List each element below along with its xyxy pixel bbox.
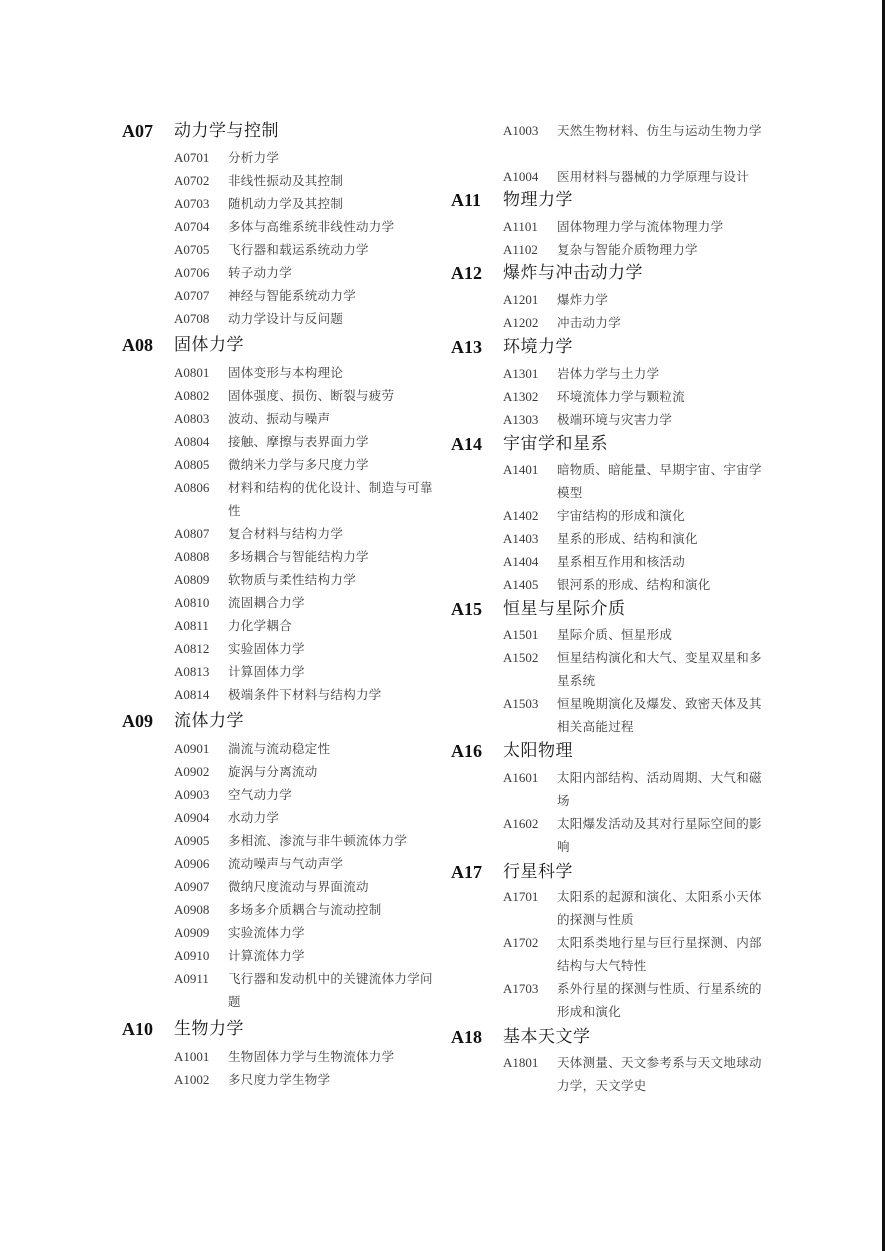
item-text: 天然生物材料、仿生与运动生物力学 (557, 119, 769, 142)
item-text: 暗物质、暗能量、早期宇宙、宇宙学模型 (557, 458, 769, 504)
item-text: 固体强度、损伤、断裂与疲劳 (228, 384, 440, 407)
item-code: A1303 (503, 408, 538, 431)
item-text: 材料和结构的优化设计、制造与可靠性 (228, 476, 440, 522)
item-text: 太阳系的起源和演化、太阳系小天体的探测与性质 (557, 885, 769, 931)
section-code: A09 (122, 709, 153, 733)
item-text: 多尺度力学生物学 (228, 1068, 440, 1091)
item-code: A1405 (503, 573, 538, 596)
item-text: 分析力学 (228, 146, 440, 169)
section-code: A14 (451, 432, 482, 456)
item-code: A0814 (174, 683, 209, 706)
item-text: 计算固体力学 (228, 660, 440, 683)
item-code: A0702 (174, 169, 209, 192)
item-text: 环境流体力学与颗粒流 (557, 385, 769, 408)
item-text: 波动、振动与噪声 (228, 407, 440, 430)
item-text: 接触、摩擦与表界面力学 (228, 430, 440, 453)
item-text: 动力学设计与反问题 (228, 307, 440, 330)
item-text: 湍流与流动稳定性 (228, 737, 440, 760)
item-text: 实验流体力学 (228, 921, 440, 944)
item-text: 复合材料与结构力学 (228, 522, 440, 545)
item-text: 多场多介质耦合与流动控制 (228, 898, 440, 921)
item-code: A0902 (174, 760, 209, 783)
item-code: A0909 (174, 921, 209, 944)
item-code: A1702 (503, 931, 538, 954)
section-title: 物理力学 (503, 188, 573, 212)
item-text: 空气动力学 (228, 783, 440, 806)
item-code: A0803 (174, 407, 209, 430)
item-code: A0801 (174, 361, 209, 384)
item-code: A0901 (174, 737, 209, 760)
item-text: 复杂与智能介质物理力学 (557, 238, 769, 261)
item-text: 多相流、渗流与非牛顿流体力学 (228, 829, 440, 852)
item-text: 生物固体力学与生物流体力学 (228, 1045, 440, 1068)
item-code: A1202 (503, 311, 538, 334)
section-title: 流体力学 (174, 709, 244, 733)
item-code: A0811 (174, 614, 209, 637)
section-title: 爆炸与冲击动力学 (503, 261, 643, 285)
item-code: A1301 (503, 362, 538, 385)
item-text: 旋涡与分离流动 (228, 760, 440, 783)
section-code: A12 (451, 261, 482, 285)
item-text: 非线性振动及其控制 (228, 169, 440, 192)
item-text: 微纳尺度流动与界面流动 (228, 875, 440, 898)
item-text: 神经与智能系统动力学 (228, 284, 440, 307)
item-code: A1401 (503, 458, 538, 481)
item-code: A0910 (174, 944, 209, 967)
section-title: 太阳物理 (503, 739, 573, 763)
item-code: A1502 (503, 646, 538, 669)
item-code: A1002 (174, 1068, 209, 1091)
item-code: A0907 (174, 875, 209, 898)
item-code: A0807 (174, 522, 209, 545)
section-title: 恒星与星际介质 (503, 597, 626, 621)
section-code: A13 (451, 335, 482, 359)
item-text: 医用材料与器械的力学原理与设计 (557, 165, 797, 188)
item-code: A1503 (503, 692, 538, 715)
item-text: 星系相互作用和核活动 (557, 550, 769, 573)
item-code: A0813 (174, 660, 209, 683)
item-code: A0906 (174, 852, 209, 875)
item-code: A0706 (174, 261, 209, 284)
item-code: A0806 (174, 476, 209, 499)
item-text: 银河系的形成、结构和演化 (557, 573, 769, 596)
item-code: A0808 (174, 545, 209, 568)
item-text: 力化学耦合 (228, 614, 440, 637)
item-code: A1501 (503, 623, 538, 646)
item-text: 极端条件下材料与结构力学 (228, 683, 440, 706)
item-text: 计算流体力学 (228, 944, 440, 967)
item-code: A1003 (503, 119, 538, 142)
item-text: 飞行器和发动机中的关键流体力学问题 (228, 967, 440, 1013)
item-code: A1004 (503, 165, 538, 188)
item-code: A0707 (174, 284, 209, 307)
section-title: 动力学与控制 (174, 119, 279, 143)
item-text: 转子动力学 (228, 261, 440, 284)
item-code: A1101 (503, 215, 538, 238)
item-text: 水动力学 (228, 806, 440, 829)
item-text: 天体测量、天文参考系与天文地球动力学，天文学史 (557, 1051, 769, 1097)
item-text: 实验固体力学 (228, 637, 440, 660)
section-code: A15 (451, 597, 482, 621)
section-title: 基本天文学 (503, 1025, 591, 1049)
item-code: A0805 (174, 453, 209, 476)
item-text: 太阳系类地行星与巨行星探测、内部结构与大气特性 (557, 931, 769, 977)
item-text: 冲击动力学 (557, 311, 769, 334)
item-code: A0904 (174, 806, 209, 829)
section-code: A18 (451, 1025, 482, 1049)
item-code: A0911 (174, 967, 209, 990)
item-text: 系外行星的探测与性质、行星系统的形成和演化 (557, 977, 769, 1023)
item-text: 太阳爆发活动及其对行星际空间的影响 (557, 812, 769, 858)
item-code: A0809 (174, 568, 209, 591)
item-text: 软物质与柔性结构力学 (228, 568, 440, 591)
item-code: A1601 (503, 766, 538, 789)
item-code: A1402 (503, 504, 538, 527)
section-code: A11 (451, 188, 481, 212)
item-text: 流固耦合力学 (228, 591, 440, 614)
item-code: A0812 (174, 637, 209, 660)
item-text: 恒星晚期演化及爆发、致密天体及其相关高能过程 (557, 692, 769, 738)
item-text: 恒星结构演化和大气、变星双星和多星系统 (557, 646, 769, 692)
item-text: 太阳内部结构、活动周期、大气和磁场 (557, 766, 769, 812)
item-code: A1201 (503, 288, 538, 311)
section-title: 环境力学 (503, 335, 573, 359)
item-text: 岩体力学与土力学 (557, 362, 769, 385)
item-code: A0905 (174, 829, 209, 852)
item-text: 固体变形与本构理论 (228, 361, 440, 384)
section-title: 宇宙学和星系 (503, 432, 608, 456)
section-code: A10 (122, 1017, 153, 1041)
item-code: A1404 (503, 550, 538, 573)
section-code: A17 (451, 860, 482, 884)
item-code: A0810 (174, 591, 209, 614)
item-code: A0804 (174, 430, 209, 453)
item-code: A0705 (174, 238, 209, 261)
section-title: 固体力学 (174, 333, 244, 357)
item-text: 极端环境与灾害力学 (557, 408, 769, 431)
item-code: A1703 (503, 977, 538, 1000)
item-text: 飞行器和载运系统动力学 (228, 238, 440, 261)
item-text: 多场耦合与智能结构力学 (228, 545, 440, 568)
item-text: 多体与高维系统非线性动力学 (228, 215, 440, 238)
section-title: 生物力学 (174, 1017, 244, 1041)
item-text: 宇宙结构的形成和演化 (557, 504, 769, 527)
item-code: A0908 (174, 898, 209, 921)
item-code: A0802 (174, 384, 209, 407)
section-title: 行星科学 (503, 860, 573, 884)
item-text: 爆炸力学 (557, 288, 769, 311)
item-code: A1801 (503, 1051, 538, 1074)
item-code: A1403 (503, 527, 538, 550)
item-text: 流动噪声与气动声学 (228, 852, 440, 875)
item-code: A0703 (174, 192, 209, 215)
item-code: A0701 (174, 146, 209, 169)
item-code: A1102 (503, 238, 538, 261)
item-text: 随机动力学及其控制 (228, 192, 440, 215)
section-code: A07 (122, 119, 153, 143)
item-code: A1602 (503, 812, 538, 835)
item-code: A1001 (174, 1045, 209, 1068)
section-code: A16 (451, 739, 482, 763)
item-code: A1302 (503, 385, 538, 408)
section-code: A08 (122, 333, 153, 357)
item-code: A0708 (174, 307, 209, 330)
item-text: 星际介质、恒星形成 (557, 623, 769, 646)
item-code: A1701 (503, 885, 538, 908)
item-text: 微纳米力学与多尺度力学 (228, 453, 440, 476)
item-code: A0704 (174, 215, 209, 238)
item-text: 固体物理力学与流体物理力学 (557, 215, 769, 238)
item-code: A0903 (174, 783, 209, 806)
item-text: 星系的形成、结构和演化 (557, 527, 769, 550)
